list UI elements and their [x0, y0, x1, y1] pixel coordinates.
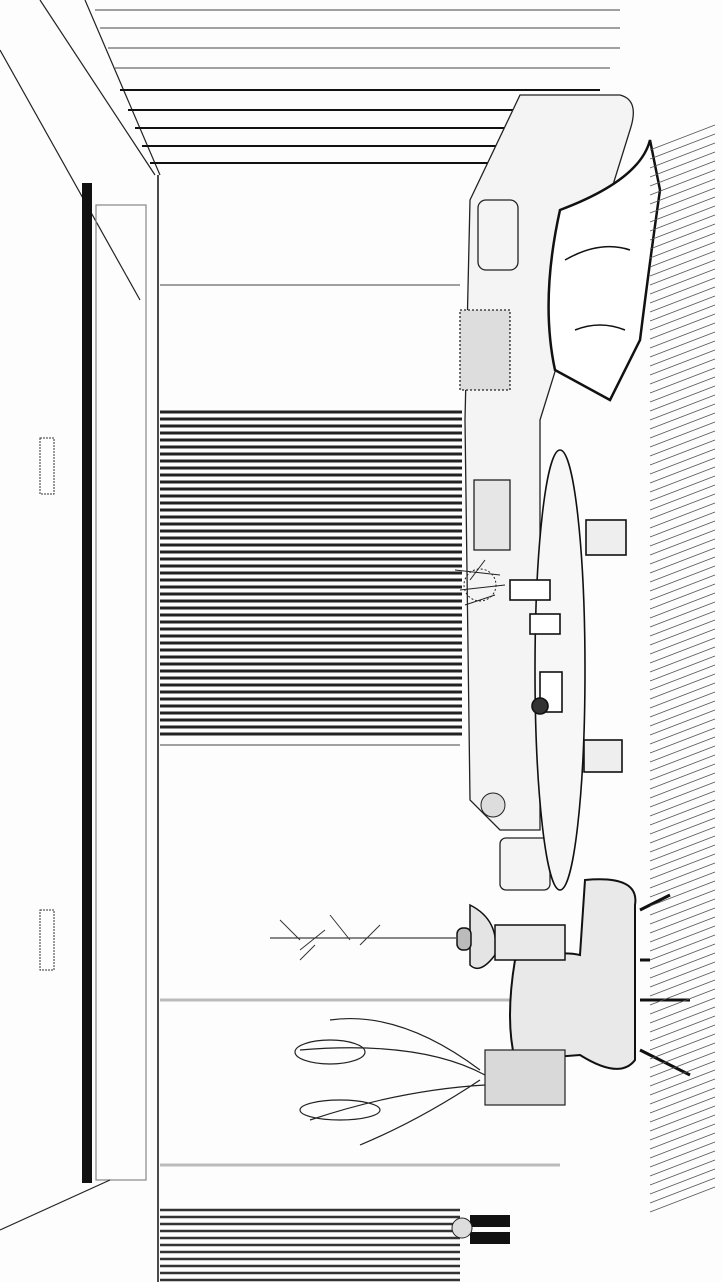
side-table-lamp	[270, 905, 565, 968]
wall-switch-panels	[40, 438, 54, 970]
shag-rug	[650, 125, 715, 1212]
slatted-wall-panel-small	[160, 1210, 460, 1280]
sketch-scene: Pencil-sketch style rendering of a moder…	[0, 0, 722, 1282]
decor-ball	[481, 793, 505, 817]
figurines	[452, 1215, 510, 1244]
shell-armchair	[510, 879, 690, 1075]
sketch-illustration	[0, 0, 722, 1282]
ceiling	[0, 0, 160, 1230]
slatted-wall-panel	[160, 412, 462, 734]
